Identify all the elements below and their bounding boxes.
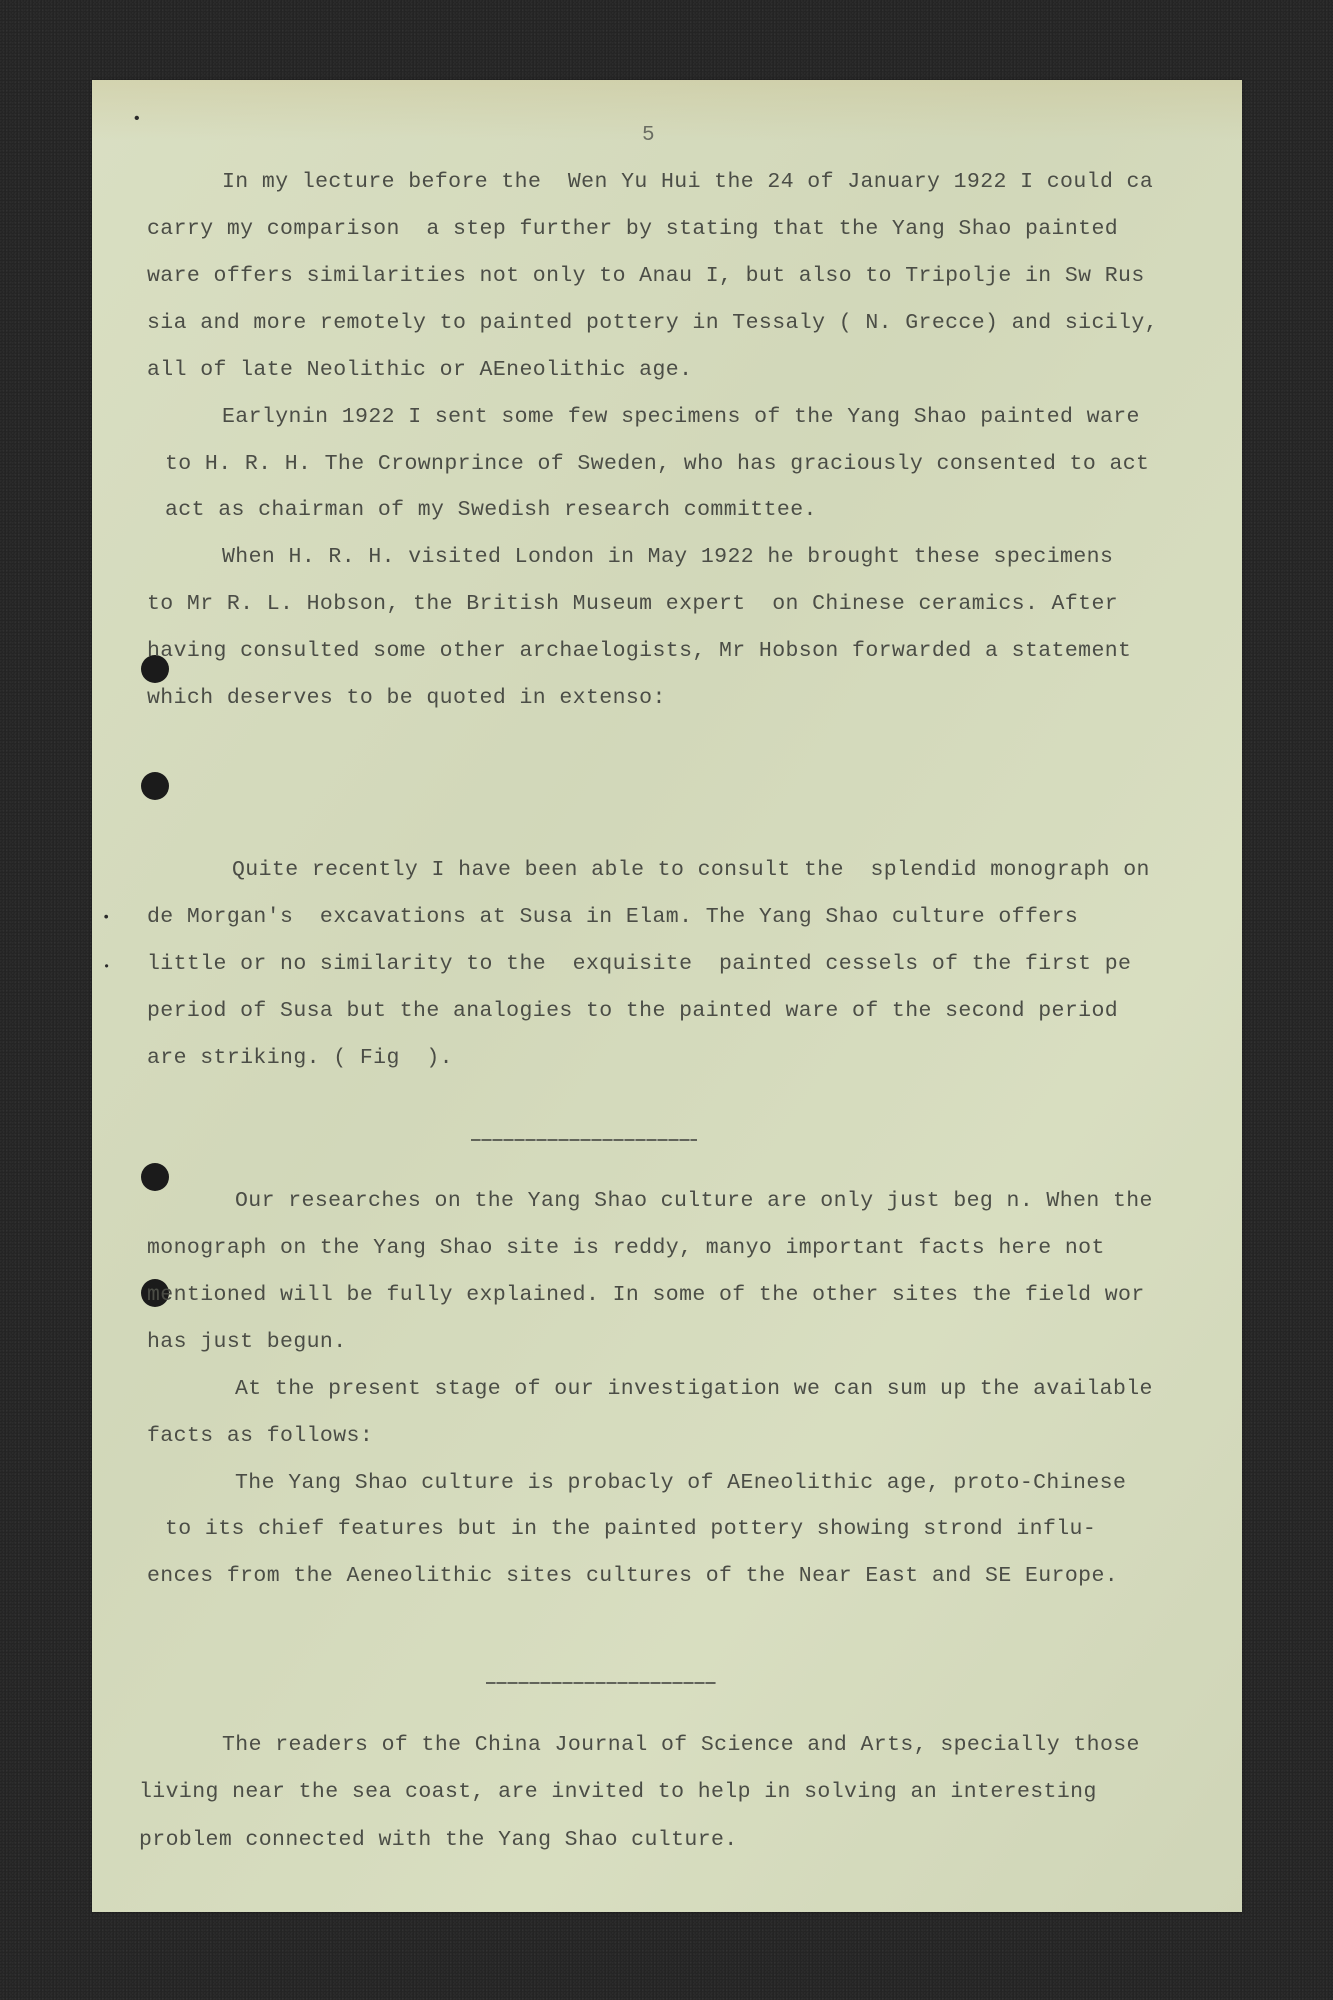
text-line: are striking. ( Fig ).	[147, 1048, 453, 1070]
text-line: monograph on the Yang Shao site is reddy…	[147, 1238, 1105, 1260]
margin-mark: •	[132, 110, 142, 128]
text-line: which deserves to be quoted in extenso:	[147, 688, 666, 710]
text-line: period of Susa but the analogies to the …	[147, 1001, 1118, 1023]
text-line: At the present stage of our investigatio…	[235, 1379, 1153, 1401]
text-line: problem connected with the Yang Shao cul…	[139, 1830, 738, 1852]
text-line: having consulted some other archaelogist…	[147, 641, 1131, 663]
punch-hole	[141, 1163, 169, 1191]
text-line: The Yang Shao culture is probacly of AEn…	[235, 1473, 1126, 1495]
text-line: ware offers similarities not only to Ana…	[147, 266, 1145, 288]
text-line: Our researches on the Yang Shao culture …	[235, 1191, 1153, 1213]
text-line: de Morgan's excavations at Susa in Elam.…	[147, 907, 1078, 929]
text-line: to H. R. H. The Crownprince of Sweden, w…	[165, 454, 1149, 476]
text-line: living near the sea coast, are invited t…	[139, 1782, 1097, 1804]
text-line: When H. R. H. visited London in May 1922…	[222, 547, 1113, 569]
text-line: ences from the Aeneolithic sites culture…	[147, 1566, 1118, 1588]
margin-mark: •	[102, 910, 110, 926]
text-line: has just begun.	[147, 1332, 347, 1354]
text-line: mentioned will be fully explained. In so…	[147, 1285, 1145, 1307]
text-line: Quite recently I have been able to consu…	[232, 860, 1150, 882]
text-line: The readers of the China Journal of Scie…	[222, 1735, 1140, 1757]
text-line: to Mr R. L. Hobson, the British Museum e…	[147, 594, 1118, 616]
text-line: little or no similarity to the exquisite…	[147, 954, 1131, 976]
typed-document-page: 5 • • • In my lecture before the Wen Yu …	[92, 80, 1242, 1912]
text-line: In my lecture before the Wen Yu Hui the …	[222, 172, 1153, 194]
text-line: act as chairman of my Swedish research c…	[165, 500, 817, 522]
text-line: sia and more remotely to painted pottery…	[147, 313, 1158, 335]
text-line: facts as follows:	[147, 1426, 373, 1448]
section-separator	[471, 1139, 697, 1141]
page-number: 5	[642, 124, 655, 147]
text-line: carry my comparison a step further by st…	[147, 219, 1118, 241]
text-line: Earlynin 1922 I sent some few specimens …	[222, 407, 1140, 429]
text-line: all of late Neolithic or AEneolithic age…	[147, 360, 692, 382]
section-separator	[486, 1682, 716, 1684]
margin-mark: •	[103, 960, 110, 974]
punch-hole	[141, 772, 169, 800]
text-line: to its chief features but in the painted…	[165, 1519, 1096, 1541]
